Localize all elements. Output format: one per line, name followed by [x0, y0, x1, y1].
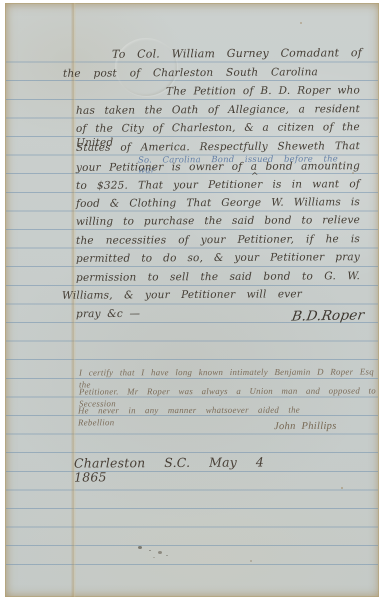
- petition-line: your Petitioner is owner of a bond amoun…: [76, 159, 360, 175]
- foxing-spots: [0, 0, 2, 2]
- petition-line: the necessities of your Petitioner, if h…: [76, 232, 360, 248]
- document-page: To Col. William Gurney Comadant of the p…: [0, 0, 381, 599]
- petition-line: permitted to do so, & your Petitioner pr…: [76, 250, 360, 266]
- petition-line: food & Clothing That George W. Williams …: [76, 195, 360, 211]
- petition-line: the post of Charleston South Carolina: [63, 65, 318, 81]
- petition-line: willing to purchase the said bond to rel…: [76, 213, 360, 229]
- petition-line: The Petition of B. D. Roper who: [166, 83, 360, 98]
- petition-line: has taken the Oath of Allegiance, a resi…: [76, 102, 360, 118]
- petition-line: States of America. Respectfully Sheweth …: [76, 139, 360, 155]
- certification-line: He never in any manner whatsoever aided …: [78, 404, 300, 429]
- dateline: Charleston S.C. May 4 1865: [74, 455, 264, 484]
- certifier-signature: John Phillips: [274, 421, 337, 433]
- ink-smudge: [138, 546, 142, 549]
- petition-line: pray &c —: [76, 307, 140, 321]
- petition-line: To Col. William Gurney Comadant of: [112, 46, 362, 62]
- petition-line: permission to sell the said bond to G. W…: [76, 269, 360, 285]
- petition-line: Williams, & your Petitioner will ever: [62, 287, 302, 302]
- petitioner-signature: B.D.Roper: [291, 308, 365, 323]
- petition-line: to $325. That your Petitioner is in want…: [76, 177, 360, 193]
